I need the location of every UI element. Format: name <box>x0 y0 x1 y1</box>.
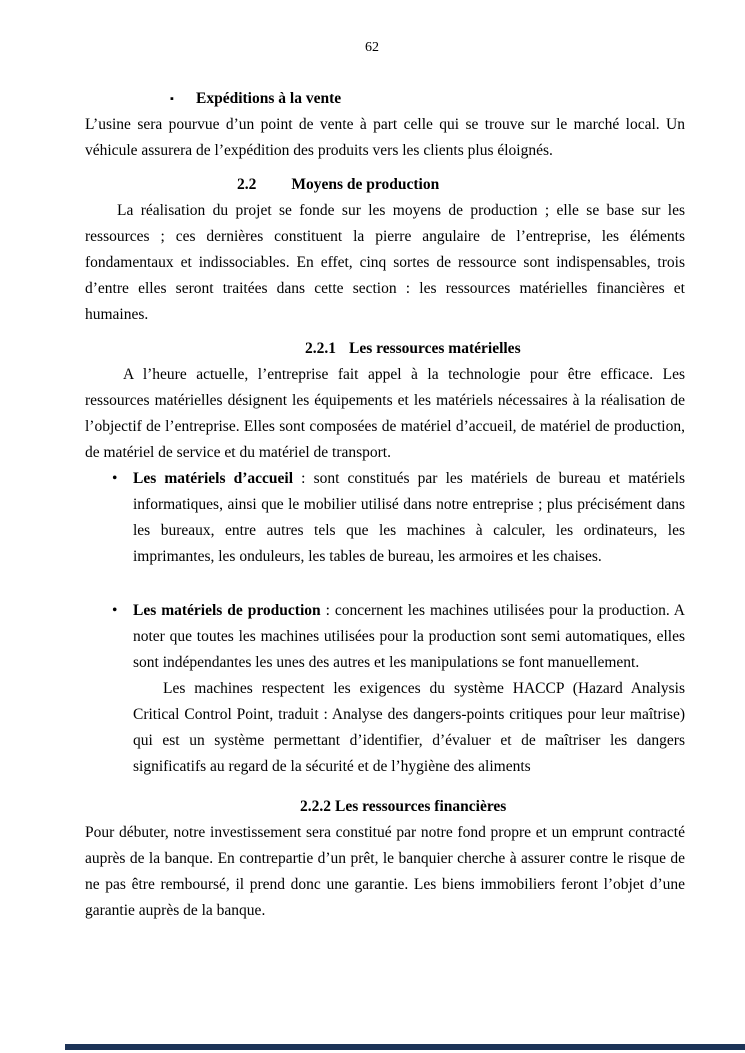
heading-2-2-number: 2.2 <box>237 176 256 193</box>
page-bottom-rule <box>65 1044 745 1050</box>
page-number: 62 <box>72 38 672 58</box>
paragraph-haccp: Les machines respectent les exigences du… <box>133 676 685 780</box>
bullet-label: Les matériels de production <box>133 602 321 619</box>
bullet-label: Les matériels d’accueil <box>133 470 293 487</box>
square-bullet-icon: ▪ <box>170 86 174 112</box>
heading-2-2-2-title: Les ressources financières <box>335 798 506 815</box>
heading-2-2-1-title: Les ressources matérielles <box>349 340 521 357</box>
paragraph-expedition: L’usine sera pourvue d’un point de vente… <box>85 112 685 164</box>
heading-2-2-2: 2.2.2Les ressources financières <box>85 794 685 820</box>
heading-2-2-1-number: 2.2.1 <box>305 340 336 357</box>
heading-2-2-title: Moyens de production <box>291 176 439 193</box>
round-bullet-icon: • <box>112 466 117 492</box>
paragraph-2-2-2: Pour débuter, notre investissement sera … <box>85 820 685 924</box>
expeditions-heading: Expéditions à la vente <box>196 90 341 107</box>
paragraph-2-2: La réalisation du projet se fonde sur le… <box>85 198 685 328</box>
heading-2-2-1: 2.2.1Les ressources matérielles <box>85 336 685 362</box>
document-page: 62 ▪ Expéditions à la vente L’usine sera… <box>0 0 745 1053</box>
list-item-expeditions: ▪ Expéditions à la vente <box>85 86 685 112</box>
paragraph-2-2-1: A l’heure actuelle, l’entreprise fait ap… <box>85 362 685 466</box>
round-bullet-icon: • <box>112 598 117 624</box>
heading-2-2: 2.2Moyens de production <box>85 172 685 198</box>
list-item-materiels-accueil: • Les matériels d’accueil : sont constit… <box>85 466 685 570</box>
heading-2-2-2-number: 2.2.2 <box>300 798 331 815</box>
list-item-materiels-production: • Les matériels de production : concerne… <box>85 598 685 780</box>
